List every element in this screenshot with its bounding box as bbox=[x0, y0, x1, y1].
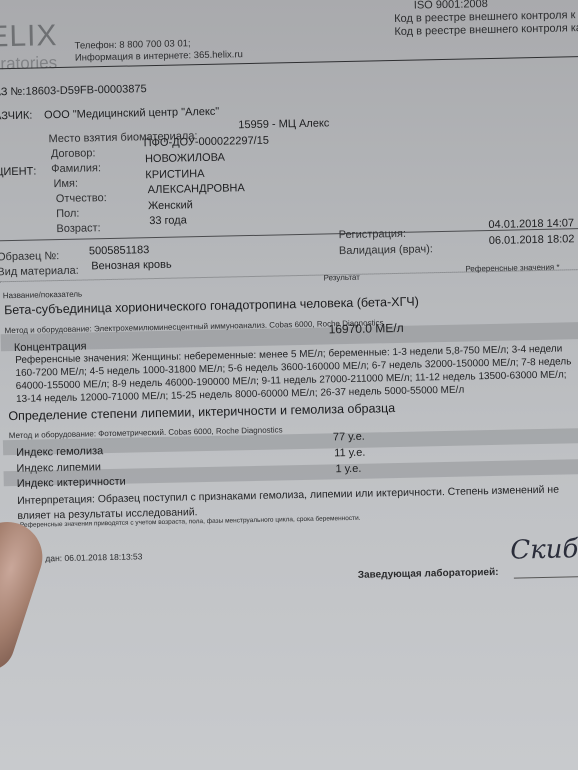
registry-info: ISO 9001:2008 Код в реестре внешнего кон… bbox=[394, 0, 578, 39]
validation-label: Валидация (врач): bbox=[339, 243, 433, 257]
sample-number-label: Образец №: bbox=[0, 250, 59, 263]
result-name-icterus: Индекс иктеричности bbox=[17, 476, 126, 490]
patient-sex: Женский bbox=[148, 199, 193, 212]
sample-number: 5005851183 bbox=[89, 244, 150, 257]
patient-surname: НОВОЖИЛОВА bbox=[145, 152, 225, 166]
patient-age: 33 года bbox=[149, 214, 187, 227]
contact-info: Телефон: 8 800 700 03 01; Информация в и… bbox=[75, 37, 243, 65]
patient-name: КРИСТИНА bbox=[145, 168, 204, 181]
column-header-result: Результат bbox=[323, 273, 360, 283]
registry-line-2: Код в реестре внешнего контроля кач bbox=[394, 22, 578, 39]
patient-section-label: ЦИЕНТ: bbox=[0, 165, 36, 178]
surname-label: Фамилия: bbox=[51, 162, 101, 175]
head-of-lab-signature: Скиб bbox=[510, 534, 578, 565]
validation-datetime: 06.01.2018 18:02 bbox=[489, 233, 575, 247]
patronymic-label: Отчество: bbox=[56, 192, 107, 205]
column-header-reference: Референсные значения * bbox=[465, 263, 559, 274]
patient-patronymic: АЛЕКСАНДРОВНА bbox=[148, 182, 245, 196]
order-number-label: АЗ №: bbox=[0, 86, 25, 99]
age-label: Возраст: bbox=[56, 222, 100, 235]
collection-place: 15959 - МЦ Алекс bbox=[238, 117, 329, 131]
signature-line bbox=[514, 576, 578, 579]
issued-datetime: дан: 06.01.2018 18:13:53 bbox=[45, 551, 142, 563]
contract-label: Договор: bbox=[51, 147, 96, 160]
reference-values-hcg: Референсные значения: Женщины: неберемен… bbox=[15, 342, 576, 406]
helix-logo-subtitle: oratories bbox=[0, 53, 57, 74]
material-label: Вид материала: bbox=[0, 265, 79, 279]
contract-number: ПФО-ДОУ-000022297/15 bbox=[144, 135, 269, 150]
material-type: Венозная кровь bbox=[91, 259, 172, 273]
head-of-lab-label: Заведующая лабораторией: bbox=[358, 567, 499, 581]
sex-label: Пол: bbox=[56, 208, 80, 220]
result-name-hemolysis: Индекс гемолиза bbox=[16, 445, 103, 459]
result-value-lipemia: 11 у.е. bbox=[334, 447, 365, 460]
order-number: 18603-D59FB-00003875 bbox=[25, 83, 146, 98]
client-name: ООО "Медицинский центр "Алекс" bbox=[44, 106, 219, 122]
registration-datetime: 04.01.2018 14:07 bbox=[488, 217, 574, 231]
registration-label: Регистрация: bbox=[339, 228, 407, 241]
result-value-icterus: 1 у.е. bbox=[335, 463, 361, 476]
result-value-concentration: 16970.0 МЕ/л bbox=[328, 321, 403, 337]
name-label: Имя: bbox=[53, 178, 78, 191]
lab-report-page: ELIX oratories Телефон: 8 800 700 03 01;… bbox=[0, 0, 578, 770]
result-value-hemolysis: 77 у.е. bbox=[333, 431, 365, 444]
website-line: Информация в интернете: 365.helix.ru bbox=[75, 49, 243, 65]
column-header-name: Название/показатель bbox=[3, 290, 82, 301]
helix-logo: ELIX bbox=[0, 19, 58, 54]
client-label: АЗЧИК: bbox=[0, 110, 33, 123]
